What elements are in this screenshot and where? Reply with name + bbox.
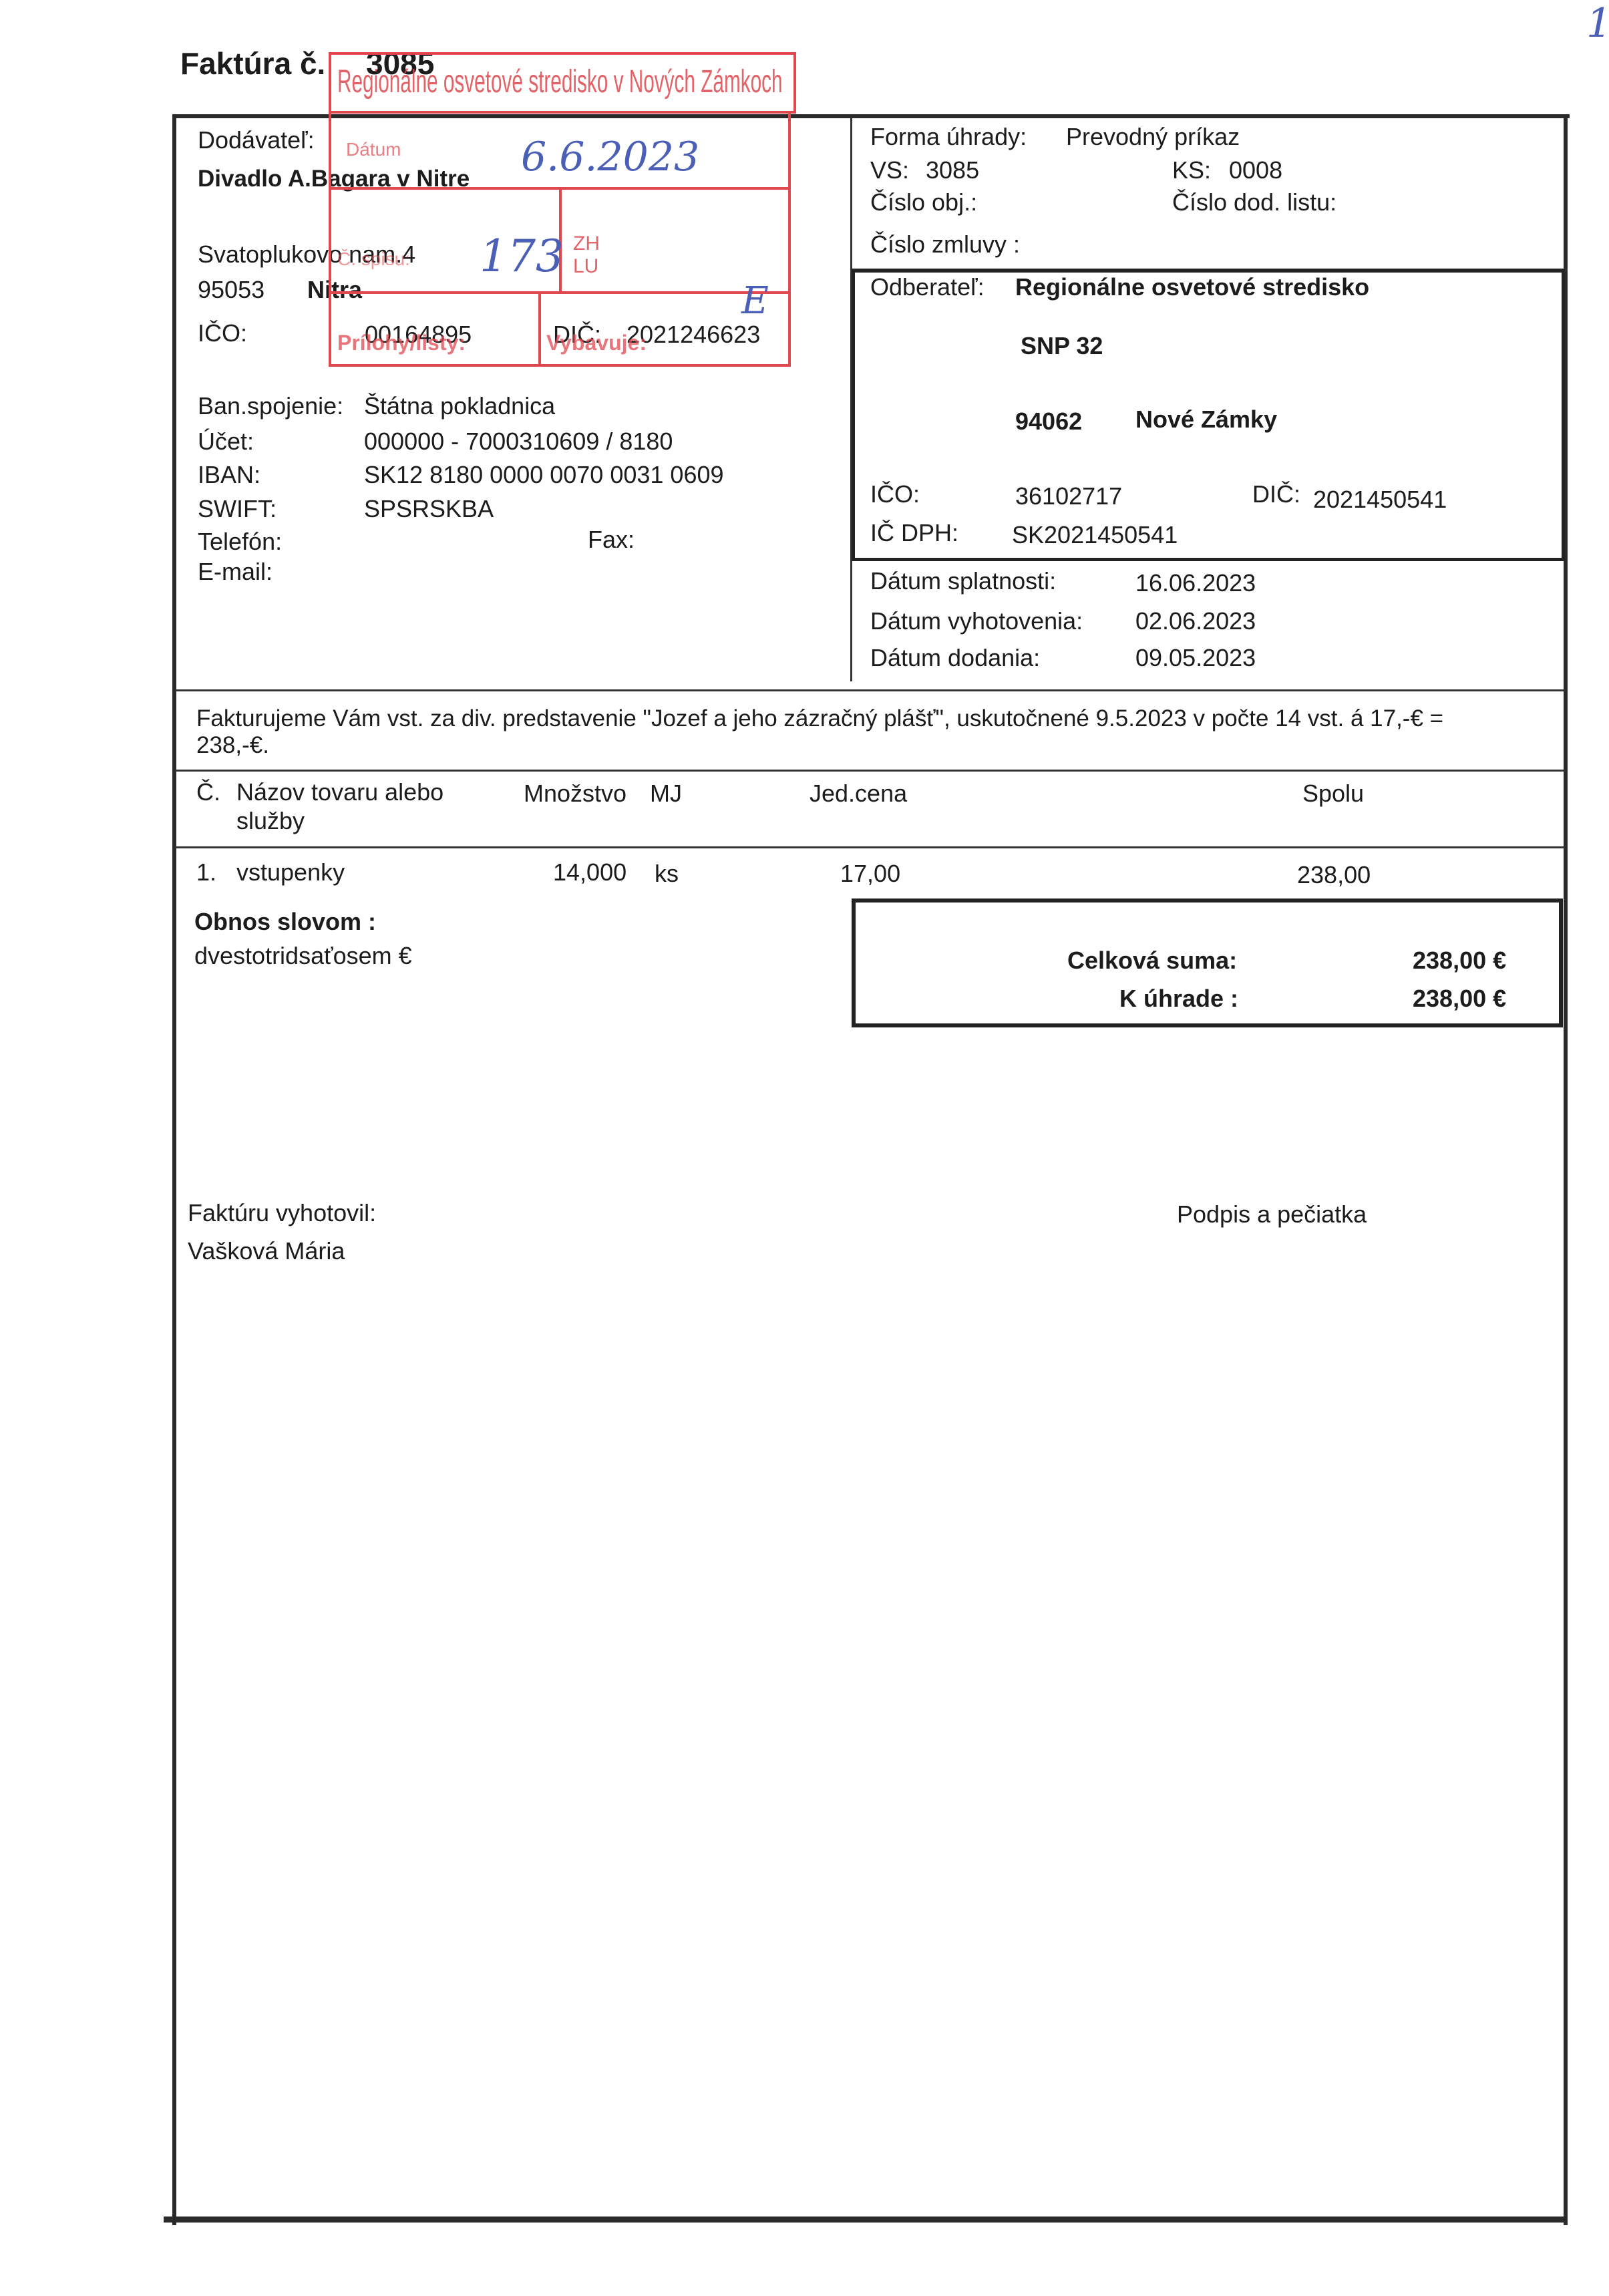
payment-method: Prevodný príkaz [1066, 125, 1240, 149]
delivery-date: 09.05.2023 [1135, 646, 1256, 670]
delivery-note-label: Číslo dod. listu: [1172, 190, 1336, 214]
amount-words-value: dvestotridsaťosem € [194, 944, 412, 968]
payment-method-label: Forma úhrady: [870, 125, 1027, 149]
invoice-description-line2: 238,-€. [196, 733, 269, 757]
row-no: 1. [196, 860, 216, 884]
total-sum-label: Celková suma: [1067, 949, 1237, 973]
customer-dic-label: DIČ: [1252, 482, 1300, 506]
supplier-ico-label: IČO: [198, 321, 247, 345]
order-number-label: Číslo obj.: [870, 190, 977, 214]
stamp-handwritten-date: 6.6.2023 [521, 134, 699, 180]
contract-number-label: Číslo zmluvy : [870, 232, 1020, 257]
stamp-left-edge [329, 114, 331, 366]
stamp-org-name: Regionálne osvetové stredisko v Nových Z… [337, 63, 783, 100]
bank-value: Štátna pokladnica [364, 394, 555, 418]
stamp-lu-label: LU [573, 257, 598, 277]
customer-street: SNP 32 [1021, 334, 1103, 358]
section-line-table-header [175, 770, 1566, 772]
row-qty: 14,000 [553, 860, 627, 884]
invoice-title-label: Faktúra č. [180, 45, 325, 81]
swift-label: SWIFT: [198, 497, 277, 521]
frame-top [176, 114, 1570, 118]
amount-due-label: K úhrade : [1119, 987, 1238, 1011]
vs-value: 3085 [926, 158, 979, 182]
issued-by-label: Faktúru vyhotovil: [188, 1201, 376, 1225]
customer-name: Regionálne osvetové stredisko [1015, 275, 1369, 299]
customer-city: Nové Zámky [1135, 407, 1277, 432]
stamp-handwritten-mark: E [741, 279, 769, 323]
account-label: Účet: [198, 430, 254, 454]
amount-words-label: Obnos slovom : [194, 910, 376, 934]
customer-zip: 94062 [1015, 409, 1082, 434]
email-label: E-mail: [198, 560, 273, 584]
row-name: vstupenky [236, 860, 345, 884]
supplier-label: Dodávateľ: [198, 128, 315, 152]
row-unit-price: 17,00 [840, 862, 900, 886]
stamp-col-line-2 [538, 293, 541, 366]
frame-bottom [164, 2217, 1568, 2223]
customer-ico-label: IČO: [870, 482, 920, 506]
customer-icdph: SK2021450541 [1012, 523, 1178, 547]
col-header-no: Č. [196, 780, 220, 804]
supplier-zip: 95053 [198, 278, 264, 302]
col-header-name-2: služby [236, 809, 305, 833]
stamp-zh-label: ZH [573, 234, 600, 254]
stamp-reg-label: Č. spisu: [337, 249, 410, 270]
iban-value: SK12 8180 0000 0070 0031 0609 [364, 463, 724, 487]
amount-due-value: 238,00 € [1413, 987, 1506, 1011]
stamp-date-label: Dátum [346, 139, 401, 160]
stamp-bottom-edge [329, 364, 791, 367]
supplier-dic: 2021246623 [627, 323, 760, 347]
ks-label: KS: [1172, 158, 1211, 182]
col-header-unit-price: Jed.cena [810, 782, 907, 806]
swift-value: SPSRSKBA [364, 497, 494, 521]
stamp-attachments-label: Prílohy/listy: [337, 331, 466, 355]
total-sum-value: 238,00 € [1413, 949, 1506, 973]
customer-ico: 36102717 [1015, 484, 1122, 508]
customer-label: Odberateľ: [870, 275, 985, 299]
row-unit: ks [655, 862, 679, 886]
page-mark: 1 [1586, 0, 1609, 47]
supplier-city: Nitra [307, 278, 362, 302]
invoice-description-line1: Fakturujeme Vám vst. za div. predstaveni… [196, 707, 1443, 730]
signature-label: Podpis a pečiatka [1177, 1202, 1367, 1226]
phone-label: Telefón: [198, 530, 282, 554]
col-header-name: Názov tovaru alebo [236, 780, 443, 804]
customer-dic: 2021450541 [1313, 488, 1447, 512]
iban-label: IBAN: [198, 463, 260, 487]
account-value: 000000 - 7000310609 / 8180 [364, 430, 673, 454]
col-header-qty: Množstvo [524, 782, 627, 806]
stamp-handwritten-reg: 173 [480, 230, 564, 282]
issued-by-name: Vašková Mária [188, 1239, 345, 1263]
vs-label: VS: [870, 158, 909, 182]
delivery-date-label: Dátum dodania: [870, 646, 1040, 670]
fax-label: Fax: [588, 528, 635, 552]
ks-value: 0008 [1229, 158, 1282, 182]
customer-icdph-label: IČ DPH: [870, 521, 958, 545]
frame-left [172, 114, 176, 2225]
col-header-total: Spolu [1302, 782, 1364, 806]
bank-label: Ban.spojenie: [198, 394, 343, 418]
col-header-unit: MJ [650, 782, 682, 806]
row-total: 238,00 [1297, 863, 1371, 887]
due-date: 16.06.2023 [1135, 571, 1256, 595]
due-date-label: Dátum splatnosti: [870, 569, 1056, 593]
issue-date-label: Dátum vyhotovenia: [870, 609, 1083, 633]
section-line-table-rows [175, 846, 1566, 848]
stamp-handled-by-label: Vybavuje: [546, 331, 647, 355]
section-line-description [175, 689, 1566, 691]
issue-date: 02.06.2023 [1135, 609, 1256, 633]
stamp-right-edge [788, 114, 791, 366]
